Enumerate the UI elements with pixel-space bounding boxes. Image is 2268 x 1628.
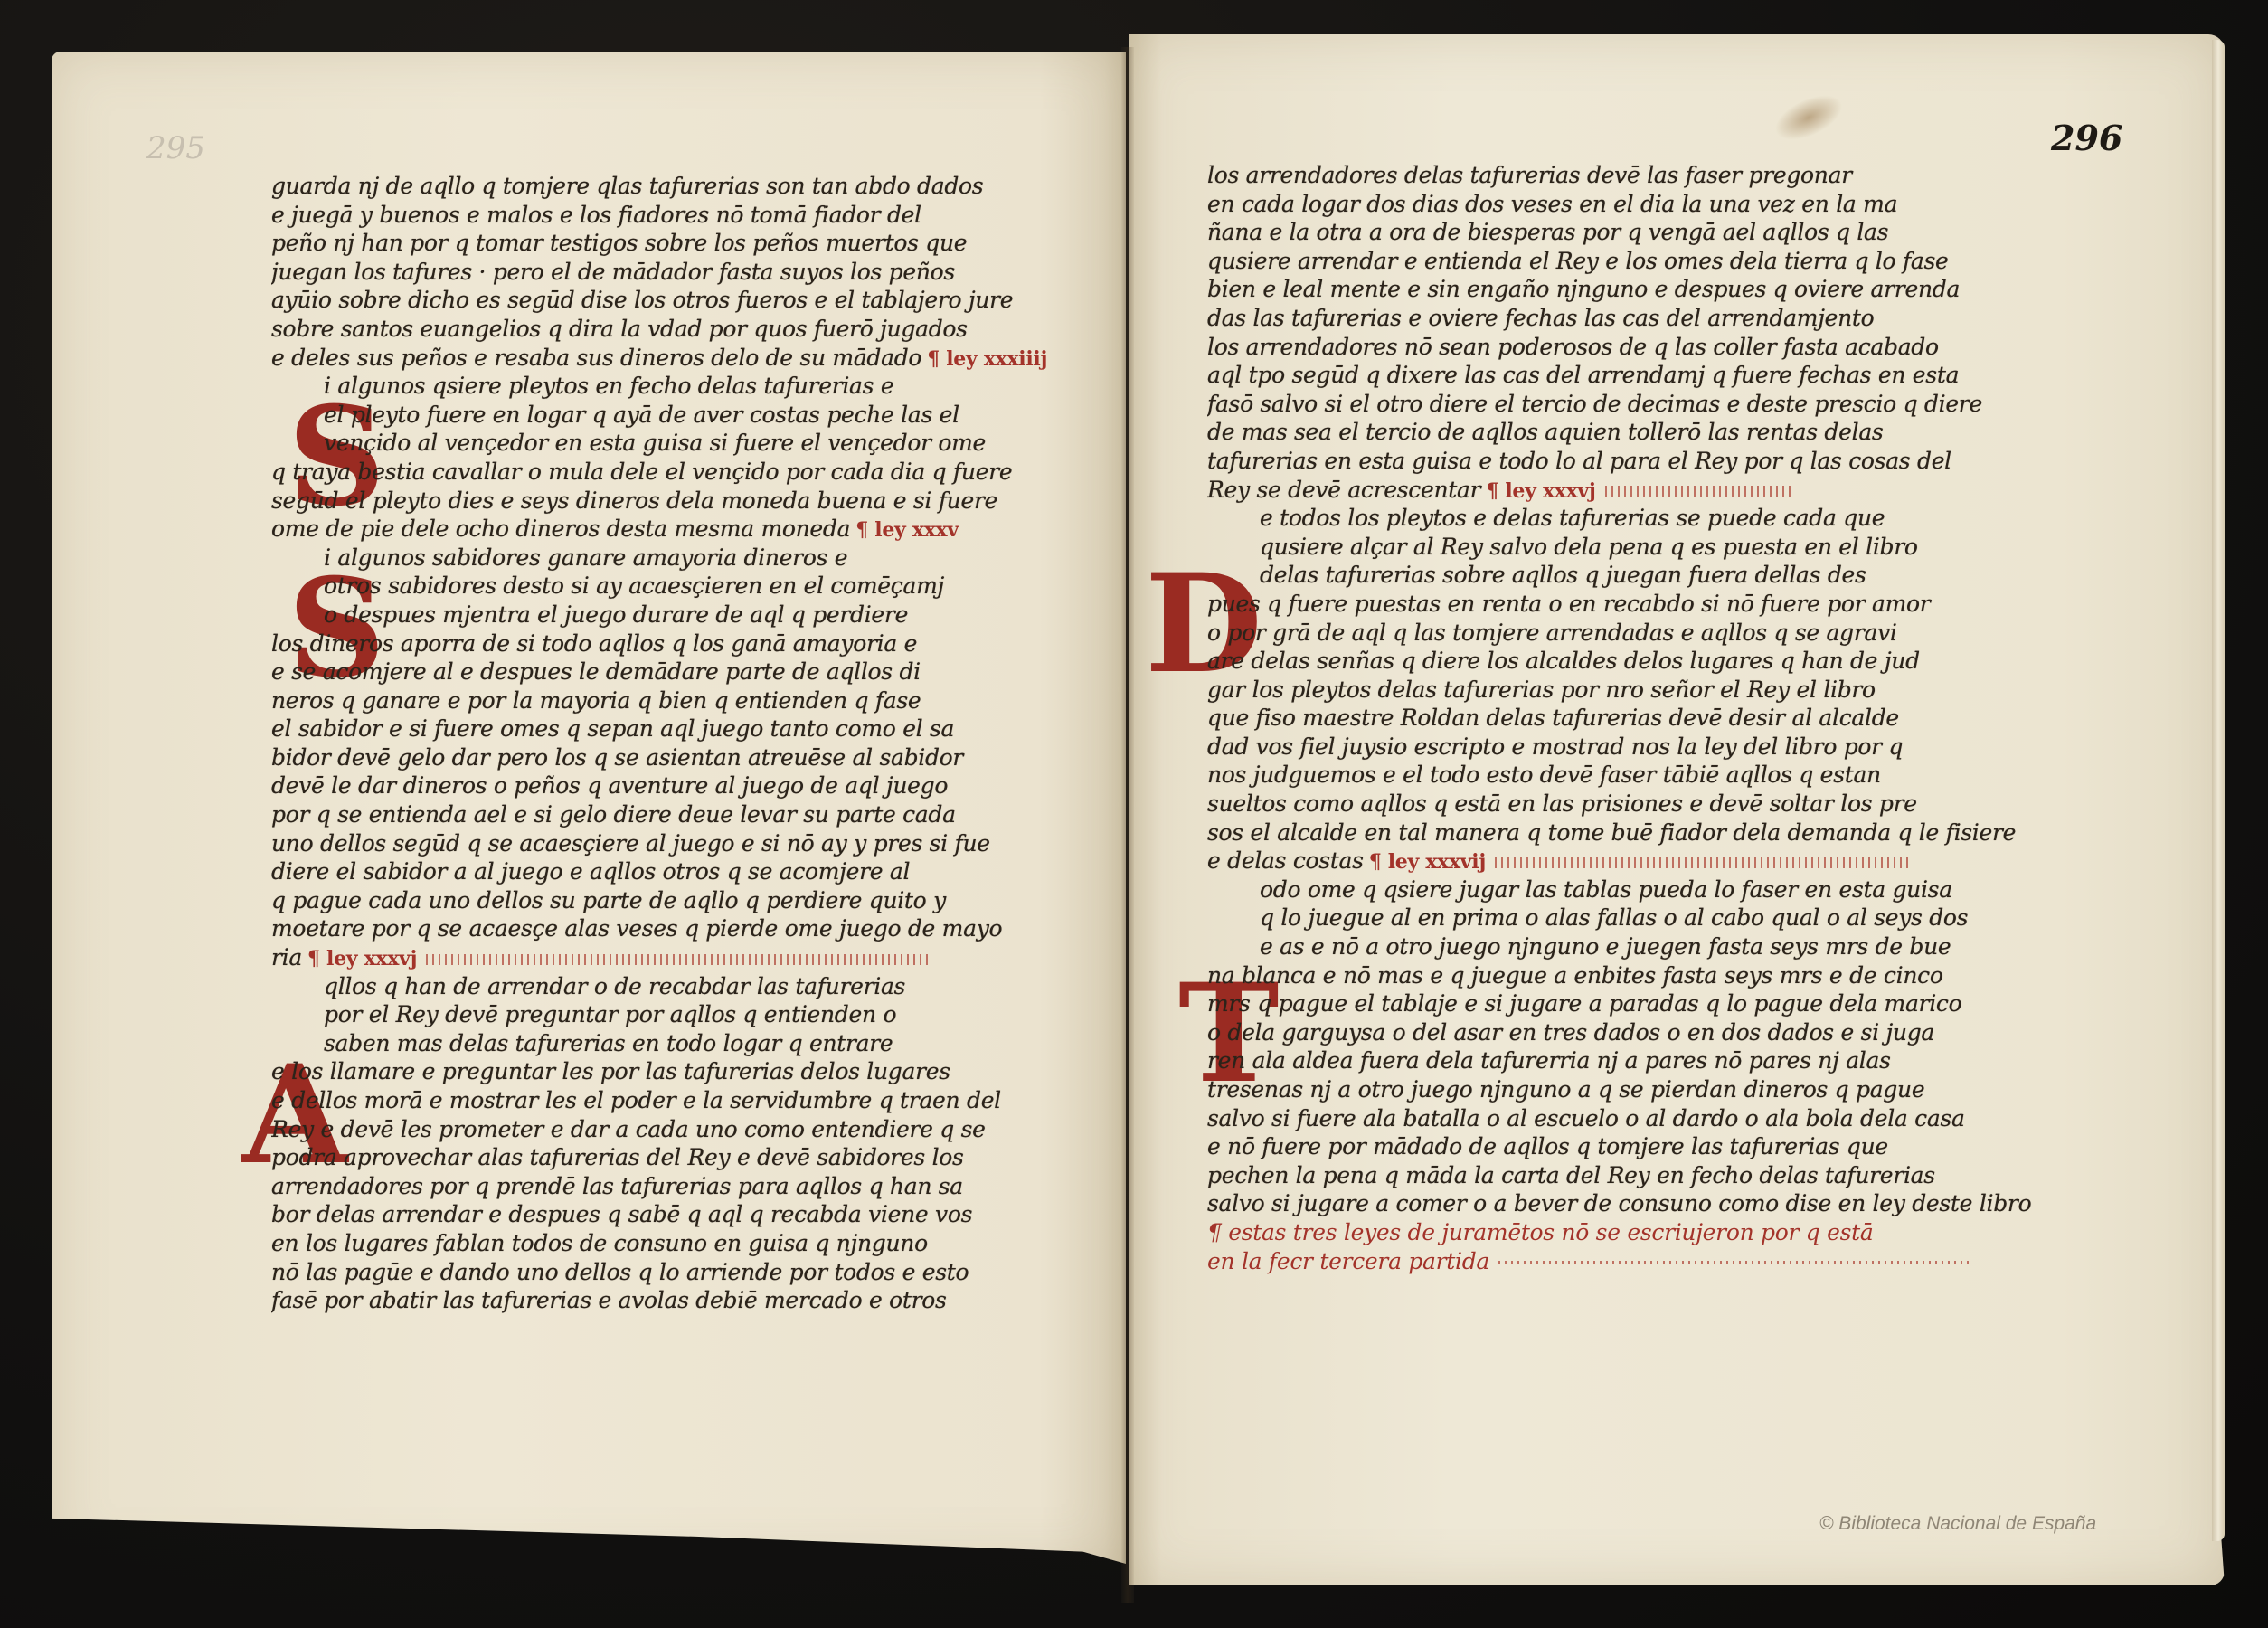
text-span: ria (271, 944, 302, 970)
text-line: tresenas nj a otro juego njnguno a q se … (1207, 1075, 2062, 1104)
text-line: por el Rey devē preguntar por aqllos q e… (271, 1000, 1103, 1029)
text-line: los dineros aporra de si todo aqllos q l… (271, 629, 1103, 658)
page-fore-edge (2212, 40, 2225, 1541)
text-line: de mas sea el tercio de aqllos aquien to… (1207, 418, 2062, 447)
text-line: q traya bestia cavallar o mula dele el v… (271, 458, 1103, 487)
folio-number-right: 296 (2051, 118, 2122, 158)
text-line: guarda nj de aqllo q tomjere qlas tafure… (271, 172, 1103, 201)
text-line: na blanca e nō mas e q juegue a enbites … (1207, 961, 2062, 990)
text-line: dad vos fiel juysio escripto e mostrad n… (1207, 733, 2062, 762)
text-line: sos el alcalde en tal manera q tome buē … (1207, 819, 2062, 847)
line-filler-decoration (1498, 1261, 1969, 1264)
text-line: q pague cada uno dellos su parte de aqll… (271, 886, 1103, 915)
text-line: bidor devē gelo dar pero los q se asient… (271, 743, 1103, 772)
text-line: qllos q han de arrendar o de recabdar la… (271, 972, 1103, 1001)
text-line: ome de pie dele ocho dineros desta mesma… (271, 515, 1103, 544)
text-line: por q se entienda ael e si gelo diere de… (271, 800, 1103, 829)
text-line: e deles sus peños e resaba sus dineros d… (271, 344, 1103, 373)
text-line: juegan los tafures · pero el de mādador … (271, 258, 1103, 287)
text-line: salvo si fuere ala batalla o al escuelo … (1207, 1104, 2062, 1133)
text-line: moetare por q se acaesçe alas veses q pi… (271, 914, 1103, 943)
rubric-ley: ¶ ley xxxvj (1486, 479, 1595, 503)
text-line: fasō salvo si el otro diere el tercio de… (1207, 390, 2062, 419)
text-span: ome de pie dele ocho dineros desta mesma… (271, 516, 850, 542)
text-line: qusiere alçar al Rey salvo dela pena q e… (1207, 533, 2062, 562)
rubric-ley: ¶ ley xxxvj (307, 947, 417, 970)
text-span: e delas costas (1207, 847, 1364, 874)
text-line: ria¶ ley xxxvj (271, 943, 1103, 972)
copyright-watermark: © Biblioteca Nacional de España (1819, 1513, 2096, 1535)
text-line: aql tpo segūd q dixere las cas del arren… (1207, 361, 2062, 390)
text-line: are delas senñas q diere los alcaldes de… (1207, 647, 2062, 676)
text-line: gar los pleytos delas tafurerias por nro… (1207, 676, 2062, 705)
text-line: el sabidor e si fuere omes q sepan aql j… (271, 715, 1103, 743)
text-line: e todos los pleytos e delas tafurerias s… (1207, 504, 2062, 533)
rubric-note-line: ¶ estas tres leyes de juramētos nō se es… (1207, 1218, 2062, 1247)
text-line: e dellos morā e mostrar les el poder e l… (271, 1086, 1103, 1115)
text-line: delas tafurerias sobre aqllos q juegan f… (1207, 561, 2062, 590)
text-line: otros sabidores desto si ay acaesçieren … (271, 572, 1103, 601)
text-line: tafurerias en esta guisa e todo lo al pa… (1207, 447, 2062, 476)
rubric-ley: ¶ ley xxxv (855, 518, 959, 542)
text-line: mrs q pague el tablaje e si jugare a par… (1207, 989, 2062, 1018)
text-line: pues q fuere puestas en renta o en recab… (1207, 590, 2062, 619)
text-line: el pleyto fuere en logar q ayā de aver c… (271, 401, 1103, 430)
text-span: Rey se devē acrescentar (1207, 477, 1480, 503)
text-line: saben mas delas tafurerias en todo logar… (271, 1029, 1103, 1058)
text-line: en cada logar dos dias dos veses en el d… (1207, 190, 2062, 219)
text-line: podra aprovechar alas tafurerias del Rey… (271, 1143, 1103, 1172)
text-line: vençido al vençedor en esta guisa si fue… (271, 429, 1103, 458)
text-line: nos judguemos e el todo esto devē faser … (1207, 761, 2062, 790)
line-filler-decoration (1605, 486, 1795, 497)
text-line: i algunos qsiere pleytos en fecho delas … (271, 372, 1103, 401)
text-line: e los llamare e preguntar les por las ta… (271, 1057, 1103, 1086)
text-line: los arrendadores nō sean poderosos de q … (1207, 333, 2062, 362)
text-line: e as e nō a otro juego njnguno e juegen … (1207, 932, 2062, 961)
text-line: peño nj han por q tomar testigos sobre l… (271, 229, 1103, 258)
text-line: devē le dar dineros o peños q aventure a… (271, 771, 1103, 800)
text-line: q lo juegue al en prima o alas fallas o … (1207, 904, 2062, 932)
text-line: qusiere arrendar e entienda el Rey e los… (1207, 247, 2062, 276)
text-line: pechen la pena q māda la carta del Rey e… (1207, 1161, 2062, 1190)
text-line: e delas costas¶ ley xxxvij (1207, 847, 2062, 876)
text-line: nō las pagūe e dando uno dellos q lo arr… (271, 1258, 1103, 1287)
rubric-note-line: en la fecr tercera partida (1207, 1247, 2062, 1276)
text-line: das las tafurerias e oviere fechas las c… (1207, 304, 2062, 333)
text-line: salvo si jugare a comer o a bever de con… (1207, 1189, 2062, 1218)
text-line: ren ala aldea fuera dela tafurerria nj a… (1207, 1046, 2062, 1075)
text-line: ayūio sobre dicho es segūd dise los otro… (271, 286, 1103, 315)
text-line: que fiso maestre Roldan delas tafurerias… (1207, 704, 2062, 733)
text-line: Rey e devē les prometer e dar a cada uno… (271, 1115, 1103, 1144)
text-line: o dela garguysa o del asar en tres dados… (1207, 1018, 2062, 1047)
text-line: los arrendadores delas tafurerias devē l… (1207, 161, 2062, 190)
text-line: en los lugares fablan todos de consuno e… (271, 1229, 1103, 1258)
text-line: fasē por abatir las tafurerias e avolas … (271, 1286, 1103, 1315)
text-line: e nō fuere por mādado de aqllos q tomjer… (1207, 1132, 2062, 1161)
text-line: Rey se devē acrescentar¶ ley xxxvj (1207, 476, 2062, 505)
text-line: diere el sabidor a al juego e aqllos otr… (271, 857, 1103, 886)
text-span: en la fecr tercera partida (1207, 1248, 1489, 1274)
line-filler-decoration (1495, 857, 1911, 868)
text-line: sueltos como aqllos q estā en las prisio… (1207, 790, 2062, 819)
text-line: i algunos sabidores ganare amayoria dine… (271, 544, 1103, 573)
text-line: bor delas arrendar e despues q sabē q aq… (271, 1200, 1103, 1229)
text-line: neros q ganare e por la mayoria q bien q… (271, 686, 1103, 715)
text-line: e juegā y buenos e malos e los fiadores … (271, 201, 1103, 230)
line-filler-decoration (426, 954, 932, 965)
rubric-ley: ¶ ley xxxiiij (927, 347, 1047, 371)
text-line: bien e leal mente e sin engaño njnguno e… (1207, 275, 2062, 304)
text-line: e se acomjere al e despues le demādare p… (271, 658, 1103, 686)
book-gutter (1121, 47, 1134, 1603)
text-line: o por grā de aql q las tomjere arrendada… (1207, 619, 2062, 648)
text-line: odo ome q qsiere jugar las tablas pueda … (1207, 876, 2062, 904)
text-line: ñana e la otra a ora de biesperas por q … (1207, 218, 2062, 247)
text-line: segūd el pleyto dies e seys dineros dela… (271, 487, 1103, 516)
rubric-ley: ¶ ley xxxvij (1369, 850, 1486, 874)
text-line: arrendadores por q prendē las tafurerias… (271, 1172, 1103, 1201)
folio-number-left: 295 (146, 130, 205, 166)
text-line: uno dellos segūd q se acaesçiere al jueg… (271, 829, 1103, 858)
left-text-column: guarda nj de aqllo q tomjere qlas tafure… (271, 172, 1103, 1315)
right-text-column: los arrendadores delas tafurerias devē l… (1207, 161, 2062, 1275)
text-line: sobre santos euangelios q dira la vdad p… (271, 315, 1103, 344)
text-line: o despues mjentra el juego durare de aql… (271, 601, 1103, 629)
text-span: e deles sus peños e resaba sus dineros d… (271, 345, 921, 371)
